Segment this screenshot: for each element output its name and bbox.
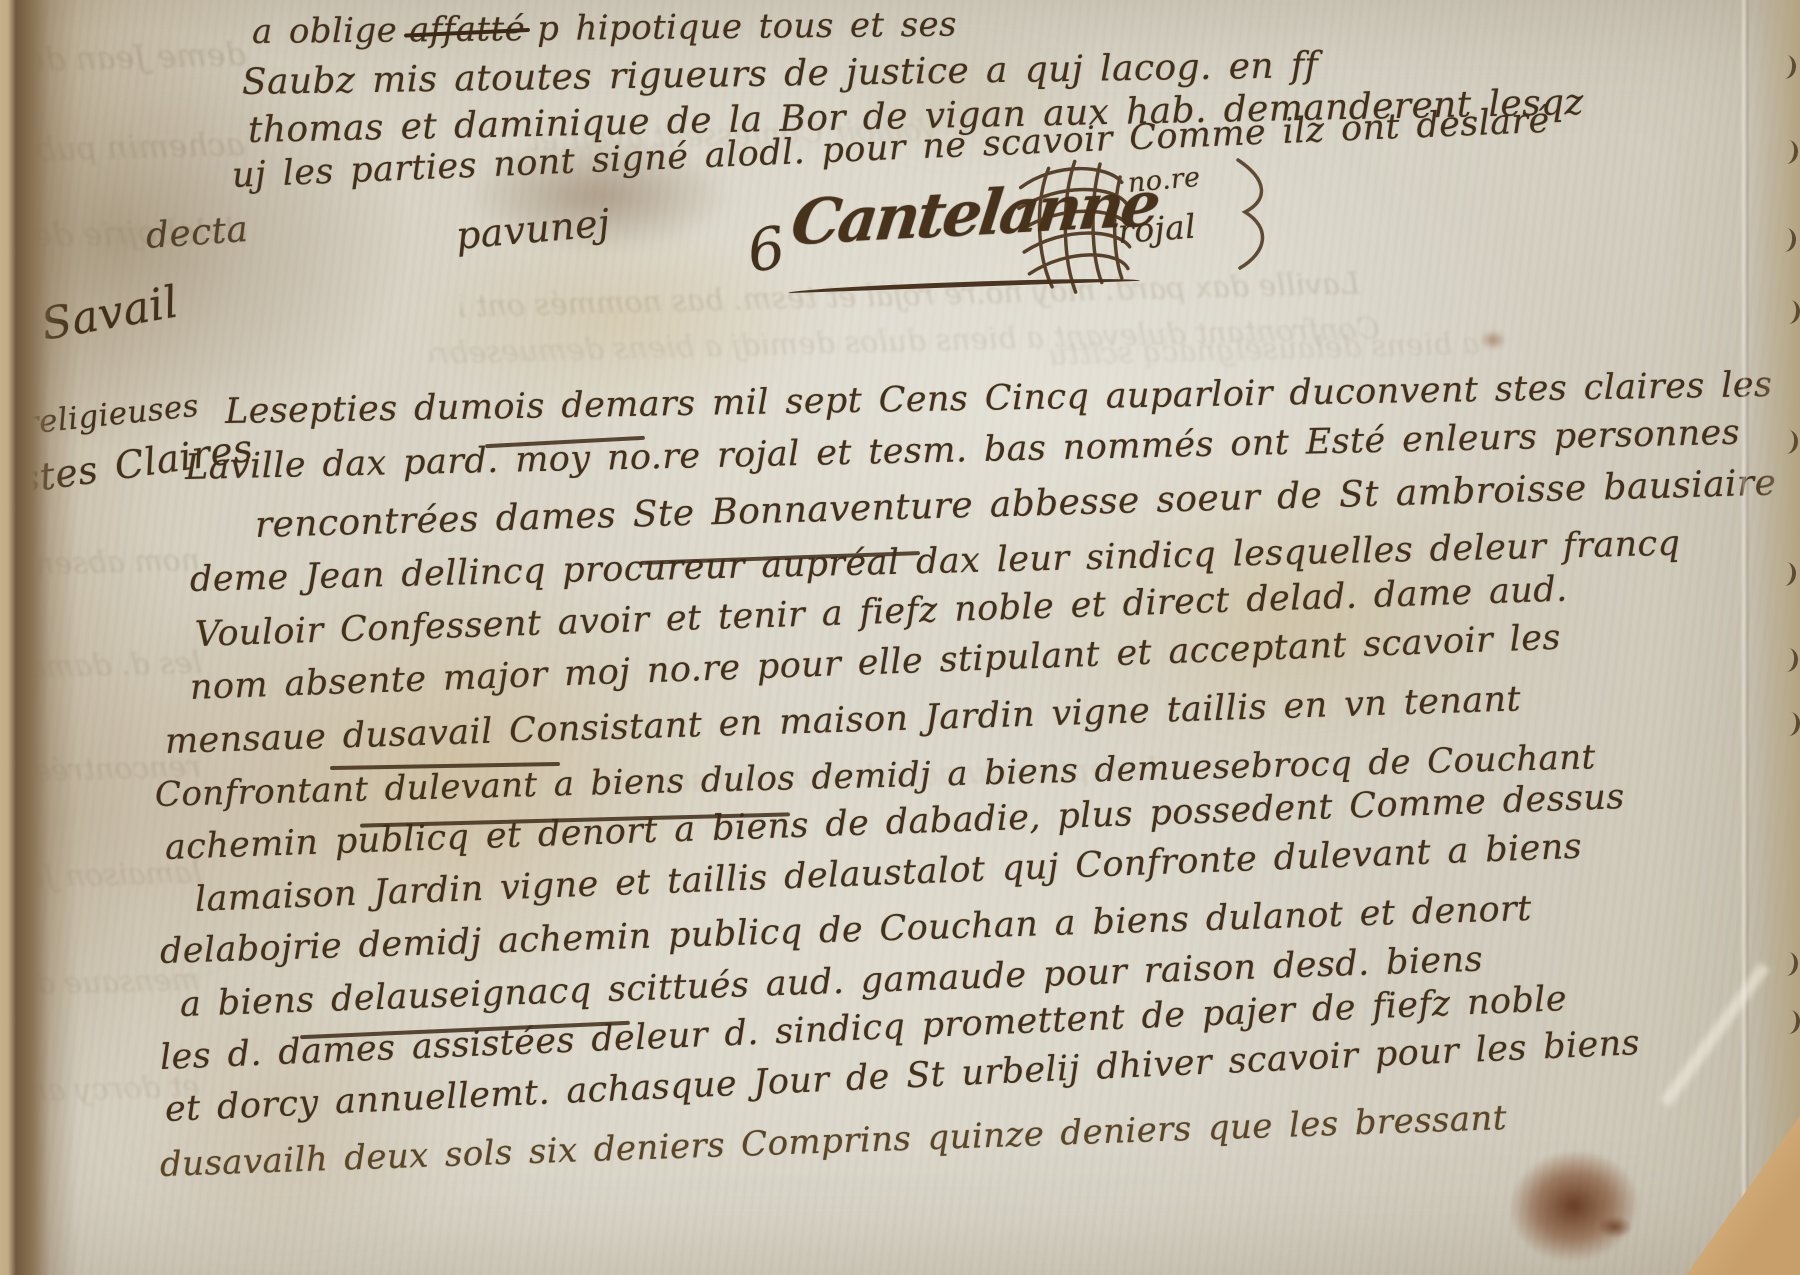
parchment-page: Laville dax pard. moy no.re rojal et tes…	[0, 0, 1800, 1275]
manuscript-line: a obligeaffattép hipotique tous et ses	[252, 4, 969, 52]
notarial-paraph-icon	[1012, 150, 1134, 300]
notary-title-royal: rojal	[1117, 207, 1198, 251]
manuscript-fragment: pavunej	[454, 201, 612, 258]
notary-title-abbrev: no.re	[1127, 162, 1202, 199]
ink-stain	[1501, 1141, 1647, 1270]
photograph-of-manuscript: Laville dax pard. moy no.re rojal et tes…	[0, 0, 1800, 1275]
ink-stain	[1598, 1216, 1632, 1238]
manuscript-text: p hipotique tous et ses	[537, 5, 957, 49]
manuscript-text: a oblige	[252, 10, 398, 52]
signature-flourish-start: 6	[743, 213, 789, 286]
manuscript-fragment: decta	[145, 209, 250, 257]
signature-end-flourish	[1232, 152, 1274, 272]
struck-word: affatté	[409, 9, 525, 50]
page-right-fold-highlight	[1740, 0, 1750, 1275]
ink-spot	[1480, 330, 1506, 350]
adjacent-page-edge	[1750, 0, 1800, 1275]
page-left-fold-edge	[0, 0, 78, 1275]
